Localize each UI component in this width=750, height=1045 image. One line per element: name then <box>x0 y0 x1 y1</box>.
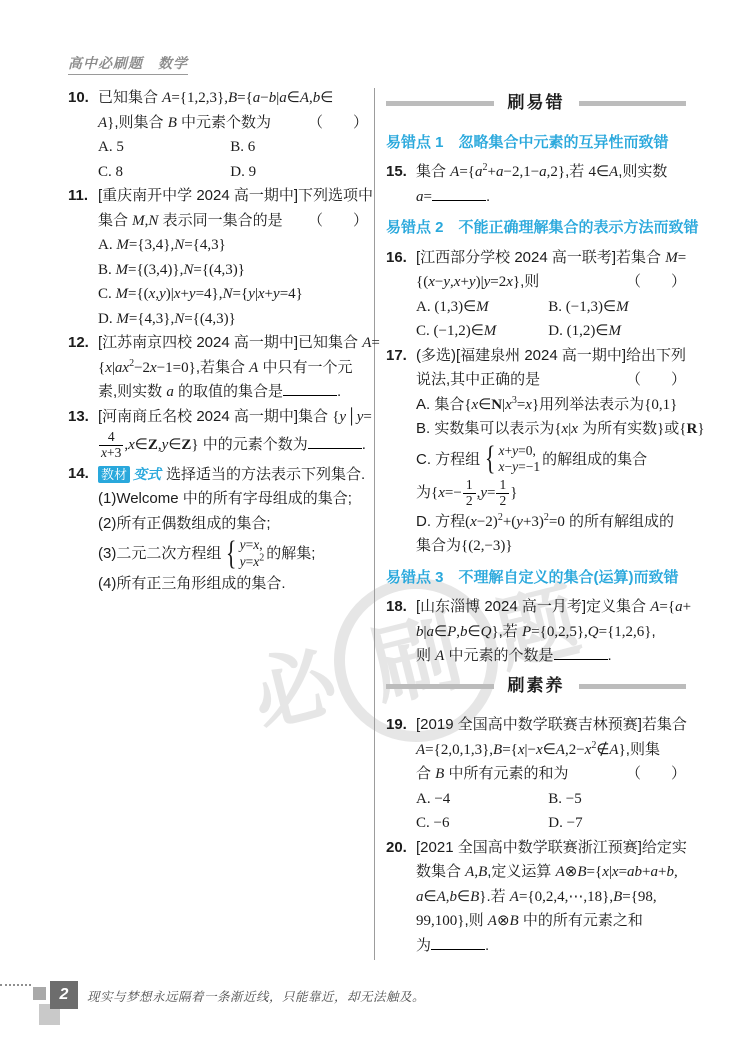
problem-14: 14. 教材变式选择适当的方法表示下列集合.(1)Welcome 中的所有字母组… <box>68 462 368 597</box>
divider-bar <box>579 101 687 106</box>
problem-number: 13. <box>68 405 98 430</box>
problem-number: 14. <box>68 462 98 487</box>
problem-number: 19. <box>386 713 416 738</box>
workbook-page: 必 刷 题 高中必刷题 数学 10. 已知集合 A={1,2,3},B={a−b… <box>0 0 750 1045</box>
problem-number: 20. <box>386 836 416 861</box>
column-divider <box>374 88 375 960</box>
text-line: 集合 A={a2+a−2,1−a,2},若 4∈A,则实数 <box>416 160 686 185</box>
divider-bar <box>579 684 687 689</box>
text-line: A},则集合 B 中元素个数为（ ） <box>98 111 368 136</box>
text-line: A={2,0,1,3},B={x|−x∈A,2−x2∉A},则集 <box>416 738 686 763</box>
problem-10: 10. 已知集合 A={1,2,3},B={a−b|a∈A,b∈A},则集合 B… <box>68 86 368 184</box>
right-column: 刷易错 易错点 1 忽略集合中元素的互异性而致错 15. 集合 A={a2+a−… <box>386 86 686 958</box>
error-point-3-heading: 易错点 3 不理解自定义的集合(运算)而致错 <box>386 566 686 591</box>
problem-12: 12. [江苏南京四校 2024 高一期中]已知集合 A={x|ax2−2x−1… <box>68 331 368 405</box>
section-title: 刷素养 <box>508 674 565 699</box>
watermark-char-bi: 必 <box>245 641 344 740</box>
text-line: {(x−y,x+y)|y=2x},则（ ） <box>416 270 686 295</box>
problem-number: 18. <box>386 595 416 620</box>
text-line: 教材变式选择适当的方法表示下列集合. <box>98 462 368 488</box>
text-line: A. M={3,4},N={4,3} <box>98 233 368 258</box>
text-line: D. 方程(x−2)2+(y+3)2=0 的所有解组成的 <box>416 510 686 535</box>
problem-13: 13. [河南商丘名校 2024 高一期中]集合 {y│y=4x+3,x∈Z,y… <box>68 405 368 462</box>
text-line: b|a∈P,b∈Q},若 P={0,2,5},Q={1,2,6}, <box>416 620 686 645</box>
divider-bar <box>386 101 494 106</box>
footer-decor-square-small <box>33 987 46 1000</box>
text-line: a=. <box>416 185 686 210</box>
book-header: 高中必刷题 数学 <box>68 53 188 75</box>
left-column: 10. 已知集合 A={1,2,3},B={a−b|a∈A,b∈A},则集合 B… <box>68 86 368 596</box>
text-line: 4x+3,x∈Z,y∈Z} 中的元素个数为. <box>98 429 368 462</box>
text-line: C. 8D. 9 <box>98 160 368 185</box>
error-point-2-heading: 易错点 2 不能正确理解集合的表示方法而致错 <box>386 216 686 241</box>
problem-20: 20. [2021 全国高中数学联赛浙江预赛]给定实数集合 A,B,定义运算 A… <box>386 836 686 959</box>
section-header-literacy: 刷素养 <box>386 674 686 699</box>
problem-15: 15. 集合 A={a2+a−2,1−a,2},若 4∈A,则实数a=. <box>386 160 686 209</box>
text-line: 集合 M,N 表示同一集合的是（ ） <box>98 209 368 234</box>
text-line: C. 方程组{x+y=0,x−y=−1的解组成的集合 <box>416 442 686 478</box>
text-line: D. M={4,3},N={(4,3)} <box>98 307 368 332</box>
problem-body: [江苏南京四校 2024 高一期中]已知集合 A={x|ax2−2x−1=0},… <box>98 331 368 405</box>
footer-dotted-line <box>0 984 31 986</box>
text-line: 则 A 中元素的个数是. <box>416 644 686 669</box>
text-line: A. (1,3)∈MB. (−1,3)∈M <box>416 295 686 320</box>
problem-body: 集合 A={a2+a−2,1−a,2},若 4∈A,则实数a=. <box>416 160 686 209</box>
text-line: (3)二元二次方程组{y=x,y=x2的解集; <box>98 536 368 572</box>
problem-11: 11. [重庆南开中学 2024 高一期中]下列选项中集合 M,N 表示同一集合… <box>68 184 368 331</box>
page-number: 2 <box>50 981 78 1009</box>
problem-number: 11. <box>68 184 98 209</box>
problem-body: [江西部分学校 2024 高一联考]若集合 M={(x−y,x+y)|y=2x}… <box>416 246 686 344</box>
text-line: [2019 全国高中数学联赛吉林预赛]若集合 <box>416 713 686 738</box>
text-line: 为. <box>416 934 686 959</box>
text-line: [山东淄博 2024 高一月考]定义集合 A={a+ <box>416 595 686 620</box>
problem-19: 19. [2019 全国高中数学联赛吉林预赛]若集合A={2,0,1,3},B=… <box>386 713 686 836</box>
text-line: (4)所有正三角形组成的集合. <box>98 572 368 597</box>
text-line: 为{x=−12,y=12} <box>416 477 686 510</box>
text-line: 数集合 A,B,定义运算 A⊗B={x|x=ab+a+b, <box>416 860 686 885</box>
text-line: 99,100},则 A⊗B 中的所有元素之和 <box>416 909 686 934</box>
text-line: A. 集合{x∈N|x3=x}用列举法表示为{0,1} <box>416 393 686 418</box>
problem-body: [2019 全国高中数学联赛吉林预赛]若集合A={2,0,1,3},B={x|−… <box>416 713 686 836</box>
problem-18: 18. [山东淄博 2024 高一月考]定义集合 A={a+b|a∈P,b∈Q}… <box>386 595 686 669</box>
problem-body: 教材变式选择适当的方法表示下列集合.(1)Welcome 中的所有字母组成的集合… <box>98 462 368 597</box>
text-line: 说法,其中正确的是（ ） <box>416 368 686 393</box>
problem-body: [河南商丘名校 2024 高一期中]集合 {y│y=4x+3,x∈Z,y∈Z} … <box>98 405 368 462</box>
problem-number: 16. <box>386 246 416 271</box>
text-line: C. M={(x,y)|x+y=4},N={y|x+y=4} <box>98 282 368 307</box>
text-line: a∈A,b∈B}.若 A={0,2,4,⋯,18},B={98, <box>416 885 686 910</box>
problem-number: 15. <box>386 160 416 185</box>
problem-body: [重庆南开中学 2024 高一期中]下列选项中集合 M,N 表示同一集合的是（ … <box>98 184 368 331</box>
text-line: 素,则实数 a 的取值的集合是. <box>98 380 368 405</box>
text-line: (1)Welcome 中的所有字母组成的集合; <box>98 487 368 512</box>
divider-bar <box>386 684 494 689</box>
text-line: {x|ax2−2x−1=0},若集合 A 中只有一个元 <box>98 356 368 381</box>
section-header-error-prone: 刷易错 <box>386 91 686 116</box>
problem-body: [山东淄博 2024 高一月考]定义集合 A={a+b|a∈P,b∈Q},若 P… <box>416 595 686 669</box>
text-line: A. 5B. 6 <box>98 135 368 160</box>
text-line: B. 实数集可以表示为{x|x 为所有实数}或{R} <box>416 417 686 442</box>
text-line: [河南商丘名校 2024 高一期中]集合 {y│y= <box>98 405 368 430</box>
text-line: C. (−1,2)∈MD. (1,2)∈M <box>416 319 686 344</box>
text-line: (多选)[福建泉州 2024 高一期中]给出下列 <box>416 344 686 369</box>
text-line: (2)所有正偶数组成的集合; <box>98 512 368 537</box>
problem-16: 16. [江西部分学校 2024 高一联考]若集合 M={(x−y,x+y)|y… <box>386 246 686 344</box>
problem-body: (多选)[福建泉州 2024 高一期中]给出下列说法,其中正确的是（ ）A. 集… <box>416 344 686 559</box>
text-line: 已知集合 A={1,2,3},B={a−b|a∈A,b∈ <box>98 86 368 111</box>
text-line: [2021 全国高中数学联赛浙江预赛]给定实 <box>416 836 686 861</box>
text-line: [江苏南京四校 2024 高一期中]已知集合 A= <box>98 331 368 356</box>
text-line: 合 B 中所有元素的和为（ ） <box>416 762 686 787</box>
problem-number: 12. <box>68 331 98 356</box>
text-line: [重庆南开中学 2024 高一期中]下列选项中 <box>98 184 368 209</box>
text-line: C. −6D. −7 <box>416 811 686 836</box>
text-line: 集合为{(2,−3)} <box>416 534 686 559</box>
text-line: A. −4B. −5 <box>416 787 686 812</box>
error-point-1-heading: 易错点 1 忽略集合中元素的互异性而致错 <box>386 131 686 156</box>
problem-number: 17. <box>386 344 416 369</box>
problem-number: 10. <box>68 86 98 111</box>
text-line: [江西部分学校 2024 高一联考]若集合 M= <box>416 246 686 271</box>
problem-17: 17. (多选)[福建泉州 2024 高一期中]给出下列说法,其中正确的是（ ）… <box>386 344 686 559</box>
problem-body: 已知集合 A={1,2,3},B={a−b|a∈A,b∈A},则集合 B 中元素… <box>98 86 368 184</box>
problem-body: [2021 全国高中数学联赛浙江预赛]给定实数集合 A,B,定义运算 A⊗B={… <box>416 836 686 959</box>
section-title: 刷易错 <box>508 91 565 116</box>
text-line: B. M={(3,4)},N={(4,3)} <box>98 258 368 283</box>
footer-motto: 现实与梦想永远隔着一条渐近线，只能靠近，却无法触及。 <box>87 987 425 1005</box>
